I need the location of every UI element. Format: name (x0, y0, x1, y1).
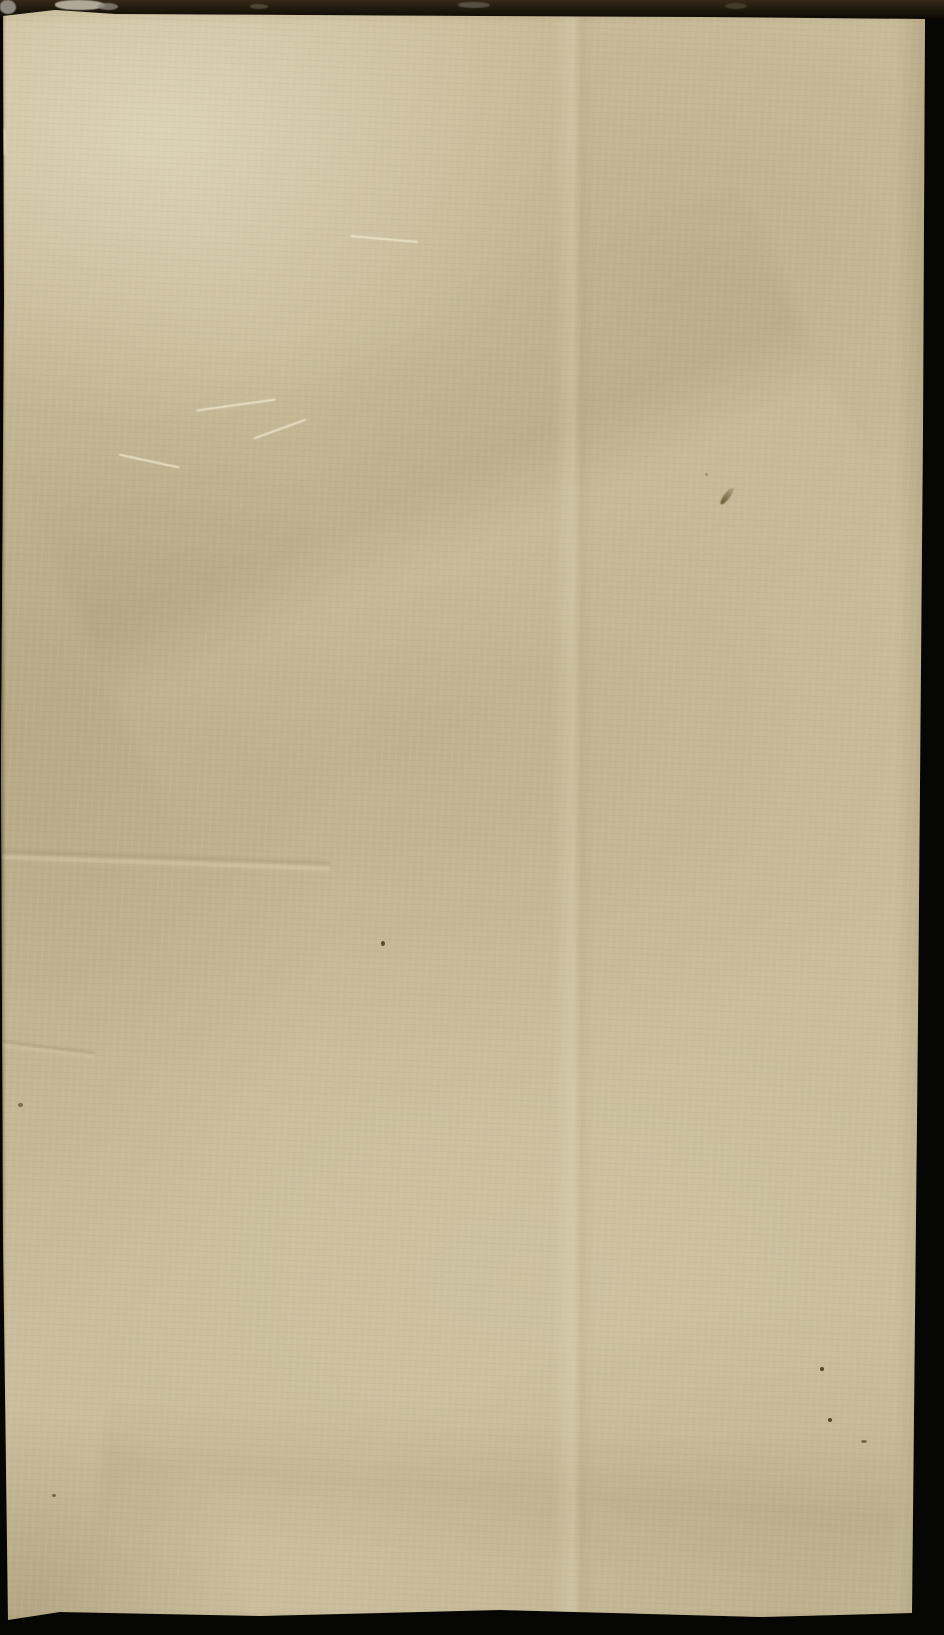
paper-speck (381, 941, 385, 946)
paper-speck (18, 1103, 23, 1107)
binding-highlight-speck (0, 0, 16, 14)
paper-speck (861, 1440, 867, 1443)
scan-canvas (0, 0, 944, 1635)
paper-speck (705, 473, 708, 476)
paper-fold-vertical-band (552, 0, 594, 1635)
paper-speck (820, 1367, 824, 1371)
binding-highlight-speck (725, 3, 747, 9)
binding-highlight-speck (98, 3, 118, 10)
page-edge-notch (0, 128, 7, 156)
binding-highlight-speck (250, 4, 268, 9)
gutter-shadow (1, 0, 6, 1635)
paper-speck (52, 1494, 56, 1497)
paper-speck (828, 1418, 832, 1422)
book-page (0, 0, 944, 1635)
binding-highlight-speck (458, 2, 490, 8)
